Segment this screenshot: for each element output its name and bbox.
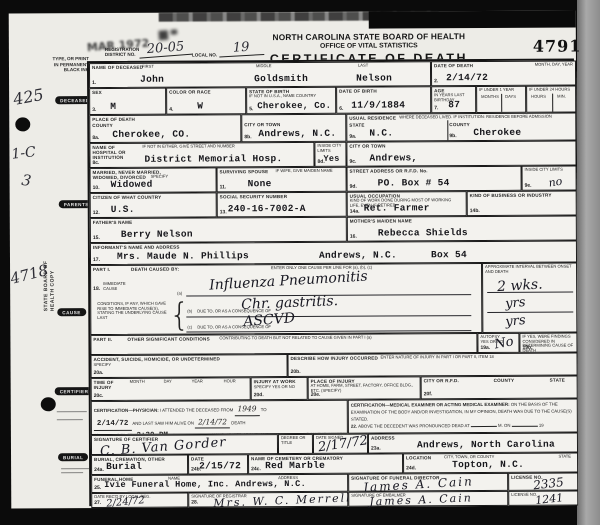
value-date-received: 2/24/72 — [106, 495, 145, 510]
field-number: 18. — [93, 286, 100, 292]
value-interval-b: yrs — [505, 295, 527, 312]
label-county: COUNTY — [449, 122, 470, 127]
field-number: 7. — [434, 105, 438, 111]
label: ADDRESS — [371, 435, 395, 440]
field-number: 20b. — [291, 369, 301, 375]
field-number: 20f. — [424, 391, 433, 397]
value-date-of-death: 2/14/72 — [446, 72, 488, 83]
value-sex: M — [110, 101, 116, 112]
value-marital-status: Widowed — [111, 179, 153, 190]
label: INSIDE CITY LIMITS — [317, 144, 345, 153]
label-certification-me: CERTIFICATION—MEDICAL EXAMINER OR ACTING… — [351, 402, 510, 408]
value-cemetery: Red Marble — [265, 460, 325, 471]
margin-rule — [57, 419, 83, 420]
field-cause-of-death: PART I. DEATH CAUSED BY: ENTER ONLY ONE … — [90, 263, 482, 335]
signature-embalmer: James A. Cain — [369, 491, 473, 508]
label-part2: PART II. — [93, 337, 112, 342]
sublabel-last: LAST — [358, 64, 368, 69]
text-to: TO — [261, 407, 267, 412]
text-19: 19 — [539, 423, 544, 428]
local-no-label: LOCAL NO. — [192, 52, 217, 57]
sublabel: SPECIFY YES OR NO — [254, 385, 295, 390]
field-number: 24d. — [406, 465, 416, 471]
field-ssn: SOCIAL SECURITY NUMBER 13. 240-16-7002-A — [217, 192, 347, 218]
field-signature-embalmer: SIGNATURE OF EMBALMER James A. Cain — [348, 491, 508, 507]
stamp-smudge: █▌▀ — [159, 30, 178, 40]
label: DATE OF BIRTH — [339, 89, 377, 94]
value-immediate-cause: Influenza Pneumonitis — [209, 268, 368, 293]
field-residence-city: CITY OR TOWN 9c. Andrews, — [346, 141, 576, 167]
label: TIME OF INJURY — [94, 380, 124, 390]
field-certification-medical-examiner: CERTIFICATION—MEDICAL EXAMINER OR ACTING… — [348, 399, 578, 434]
field-name-of-deceased: NAME OF DECEASED FIRST MIDDLE LAST 1. Jo… — [89, 61, 431, 88]
value-father: Berry Nelson — [121, 229, 193, 240]
sublabel-hours: HOURS — [531, 95, 546, 100]
reg-district-label: REGISTRATION DISTRICT NO. — [105, 47, 139, 57]
sublabel: IF NOT IN U.S.A., NAME COUNTRY — [249, 94, 333, 99]
margin-handwritten-425: 425 — [12, 85, 45, 109]
label-other-note: CONTRIBUTING TO DEATH BUT NOT RELATED TO… — [219, 336, 371, 341]
label: ACCIDENT, SUICIDE, HOMICIDE, OR UNDETERM… — [94, 356, 274, 362]
certificate-number: 4791 — [533, 36, 582, 55]
field-number: 6. — [339, 106, 343, 112]
field-cemetery: NAME OF CEMETERY OR CREMATORY 24c. Red M… — [248, 453, 403, 474]
value-inside-city-limits-residence: no — [548, 175, 563, 190]
field-number: 20a. — [94, 370, 104, 376]
sublabel-months: MONTHS — [481, 95, 499, 100]
section-sublabel: WHERE DECEASED LIVED. IF INSTITUTION: RE… — [399, 115, 552, 120]
label: NAME OF DECEASED — [92, 65, 136, 70]
value-informant-box: Box 54 — [431, 249, 467, 260]
field-sex: SEX 3. M — [89, 88, 166, 115]
value-citizen: U.S. — [111, 204, 135, 215]
field-signature-of-certifier: SIGNATURE OF CERTIFIER C. B. Van Gorder — [91, 434, 278, 455]
sublabel-county: COUNTY — [494, 378, 515, 383]
field-number: 8a. — [92, 135, 99, 141]
rule-line-c — [186, 330, 471, 332]
blank-line — [471, 422, 497, 427]
field-number: 14a. — [350, 209, 360, 215]
field-place-of-injury: PLACE OF INJURY AT HOME, FARM, STREET, F… — [308, 376, 421, 400]
value-date-of-birth: 11/9/1884 — [351, 99, 405, 110]
field-if-under-1-year: IF UNDER 1 YEAR MONTHS DAYS — [476, 86, 526, 113]
label-death-caused-by: DEATH CAUSED BY: — [131, 267, 179, 272]
field-age: AGE IN YEARS LAST BIRTHDAY 7. 87 — [431, 86, 476, 113]
label: COUNTY — [92, 123, 113, 128]
cell-divider — [447, 120, 448, 140]
margin-tab-cause: CAUSE — [57, 308, 86, 316]
field-occupation: USUAL OCCUPATION KIND OF WORK DONE DURIN… — [347, 191, 467, 217]
field-number: 27. — [94, 500, 101, 506]
margin-handwritten-3: 3 — [20, 171, 32, 190]
value-burial-date: 2/15/72 — [199, 460, 241, 471]
rule-line-b — [186, 315, 471, 317]
label: DATE OF DEATH — [434, 63, 473, 68]
sublabel-min: MIN. — [557, 95, 566, 100]
field-number: 17. — [93, 257, 100, 263]
board-name: NORTH CAROLINA STATE BOARD OF HEALTH — [254, 31, 484, 42]
field-accident-suicide: ACCIDENT, SUICIDE, HOMICIDE, OR UNDETERM… — [90, 354, 287, 378]
field-citizen: CITIZEN OF WHAT COUNTRY 12. U.S. — [90, 192, 217, 218]
label: IF UNDER 24 HOURS — [529, 88, 570, 93]
field-number: 10. — [93, 185, 100, 191]
field-certification-physician: CERTIFICATION—PHYSICIAN: I ATTENDED THE … — [91, 400, 348, 435]
value-attended-to: 2/14/72 — [94, 418, 132, 431]
label: DEGREE OR TITLE — [281, 436, 311, 445]
margin-tab-certifier: CERTIFIER — [55, 387, 94, 395]
field-hospital: NAME OF HOSPITAL OR INSTITUTION IF NOT I… — [89, 142, 314, 168]
field-usual-residence: USUAL RESIDENCE WHERE DECEASED LIVED. IF… — [346, 113, 576, 142]
field-signature-funeral-director: SIGNATURE OF FUNERAL DIRECTOR James A. C… — [348, 473, 508, 492]
field-street-address: STREET ADDRESS OR R.F.D. No. 9d. PO. Box… — [347, 166, 522, 192]
field-number: 23a. — [371, 446, 381, 452]
label: FATHER'S NAME — [93, 220, 133, 225]
sublabel: SPECIFY — [94, 363, 112, 368]
value-age: 87 — [448, 99, 460, 110]
label: INFORMANT'S NAME AND ADDRESS — [93, 245, 180, 251]
field-date-of-birth: DATE OF BIRTH 6. 11/9/1884 — [336, 86, 431, 113]
value-address: Andrews, North Carolina — [417, 439, 555, 451]
section-label: USUAL RESIDENCE — [349, 115, 396, 120]
field-autopsy: AUTOPSY YES OR NO 19a. No — [477, 333, 519, 353]
field-number: 9d. — [350, 184, 357, 190]
field-number: 15. — [93, 235, 100, 241]
value-license-embalmer: 1241 — [535, 491, 564, 507]
blank-line — [512, 422, 538, 427]
value-spouse: None — [248, 178, 272, 189]
label: CITIZEN OF WHAT COUNTRY — [93, 195, 162, 201]
sublabel-day: DAY — [164, 380, 172, 385]
field-father-name: FATHER'S NAME 15. Berry Nelson — [90, 217, 347, 243]
sublabel: MONTH, DAY, YEAR — [535, 63, 573, 68]
field-number: 9a. — [349, 134, 356, 140]
field-number: 9b. — [449, 133, 456, 139]
margin-rule — [57, 411, 87, 412]
field-number: 16. — [350, 234, 357, 240]
label: IF UNDER 1 YEAR — [479, 88, 514, 93]
sublabel-middle: MIDDLE — [256, 64, 271, 69]
label: CITY OR TOWN — [244, 122, 280, 127]
margin-tab-burial: BURIAL — [58, 453, 88, 461]
field-place-of-death-city: CITY OR TOWN 8b. Andrews, N.C. — [241, 114, 346, 143]
label: COLOR OR RACE — [169, 89, 211, 94]
sublabel: IF WIFE, GIVE MAIDEN NAME — [276, 169, 333, 174]
field-number: 24a. — [94, 467, 104, 473]
field-number: 12. — [93, 210, 100, 216]
field-describe-injury: DESCRIBE HOW INJURY OCCURRED ENTER NATUR… — [287, 353, 577, 378]
punch-hole — [41, 397, 56, 411]
field-number: 1. — [92, 80, 96, 86]
office-name: OFFICE OF VITAL STATISTICS — [254, 42, 484, 50]
value-informant-name: Mrs. Maude N. Phillips — [117, 250, 249, 262]
section-label: PLACE OF DEATH — [92, 117, 135, 122]
field-injury-at-work: INJURY AT WORK SPECIFY YES OR NO 20d. — [251, 377, 308, 400]
value-residence-state: N.C. — [369, 127, 393, 138]
field-industry: KIND OF BUSINESS OR INDUSTRY 14b. — [467, 191, 577, 217]
field-burial-date: DATE 24b. 2/15/72 — [188, 454, 248, 474]
value-last-saw: 2/14/72 — [195, 416, 230, 429]
margin-type-note: TYPE, OR PRINT IN PERMANENT BLACK INK — [49, 56, 89, 73]
value-inside-city-limits: Yes — [323, 154, 339, 164]
label-interval: APPROXIMATE INTERVAL BETWEEN ONSET AND D… — [485, 265, 573, 275]
text-attended-from: I ATTENDED THE DECEASED FROM — [160, 407, 233, 412]
label-line-b: (b) — [187, 310, 192, 315]
field-number: 19b. — [522, 345, 532, 351]
value-ssn: 240-16-7002-A — [228, 203, 306, 214]
label: INSIDE CITY LIMITS — [525, 168, 575, 173]
text-last-saw: AND LAST SAW HIM ALIVE ON — [132, 420, 194, 425]
label: LOCATION — [406, 455, 431, 460]
field-number: 4. — [169, 107, 173, 113]
value-death-city: Andrews, N.C. — [258, 128, 336, 139]
field-number: 20c. — [94, 393, 104, 399]
label: NAME OF HOSPITAL OR INSTITUTION — [92, 145, 140, 161]
value-mother: Rebecca Shields — [378, 227, 468, 238]
label: LICENSE NO. — [511, 493, 537, 498]
field-date-received: DATE REC'D BY LOCAL REG. 27. 2/24/72 — [91, 493, 188, 509]
field-number: 28. — [191, 500, 198, 506]
sublabel: AT HOME, FARM, STREET, FACTORY, OFFICE B… — [311, 383, 417, 393]
field-cemetery-location: LOCATION CITY, TOWN, OR COUNTY STATE 24d… — [403, 453, 578, 474]
sublabel: ENTER NATURE OF INJURY IN PART I OR PART… — [381, 355, 494, 360]
value-cause-c: ASCVD — [243, 310, 296, 330]
sublabel: IF NOT IN EITHER, GIVE STREET AND NUMBER — [142, 144, 234, 149]
sublabel-month: MONTH — [130, 380, 145, 385]
label-line-c: (c) — [187, 326, 192, 331]
label-certification-physician: CERTIFICATION—PHYSICIAN: — [94, 408, 159, 413]
sublabel-hour: HOUR — [224, 379, 236, 384]
label: MOTHER'S MAIDEN NAME — [350, 218, 412, 223]
field-surviving-spouse: SURVIVING SPOUSE IF WIFE, GIVE MAIDEN NA… — [217, 167, 347, 193]
sublabel-first: FIRST — [142, 65, 154, 70]
field-place-of-death-county: PLACE OF DEATH COUNTY 8a. Cherokee, CO. — [89, 114, 241, 143]
field-number: 24c. — [251, 466, 261, 472]
label-part1: PART I. — [93, 267, 110, 272]
value-burial-type: Burial — [106, 461, 142, 472]
field-informant: INFORMANT'S NAME AND ADDRESS 17. Mrs. Ma… — [90, 241, 577, 266]
certificate-paper: MAR 1972 █▌▀ TYPE, OR PRINT IN PERMANENT… — [9, 11, 579, 509]
cell-divider — [552, 94, 553, 112]
reg-district-value: 20-05 — [138, 39, 193, 59]
rule — [487, 312, 573, 313]
label-state: STATE — [349, 123, 364, 128]
label: KIND OF BUSINESS OR INDUSTRY — [470, 193, 552, 199]
field-color-or-race: COLOR OR RACE 4. W — [166, 87, 246, 114]
field-number: 25. — [94, 485, 101, 491]
text-m-on: M. ON — [498, 423, 510, 428]
margin-copy-note: STATE BOARD OF HEALTH COPY — [43, 249, 63, 311]
value-residence-city: Andrews, — [369, 152, 417, 163]
field-number: 11. — [220, 184, 227, 190]
value-race: W — [197, 100, 203, 111]
field-burial-type: BURIAL, CREMATION, OTHER 24a. Burial — [91, 455, 188, 476]
field-number: 8c. — [92, 160, 99, 166]
field-number: 20e. — [311, 392, 321, 398]
field-number: 5. — [249, 106, 253, 112]
punch-hole — [15, 117, 30, 131]
field-number: 9e. — [525, 183, 532, 189]
margin-form-number-smudge — [61, 468, 89, 469]
field-number: 22. — [351, 424, 357, 429]
field-number: 3. — [92, 107, 96, 113]
value-residence-county: Cherokee — [473, 127, 521, 138]
field-autopsy-findings: IF YES, WERE FINDINGS CONSIDERED IN DETE… — [519, 333, 577, 353]
value-state-of-birth: Cherokee, Co. — [257, 101, 331, 111]
field-part2-other-conditions: PART II. OTHER SIGNIFICANT CONDITIONS CO… — [90, 333, 477, 355]
certificate-form: NAME OF DECEASED FIRST MIDDLE LAST 1. Jo… — [87, 59, 576, 507]
text-pronounced-dead: ABOVE THE DECEDENT WAS PRONOUNCED DEAD A… — [358, 423, 470, 429]
value-informant-city: Andrews, N.C. — [319, 249, 397, 260]
field-marital-status: MARRIED, NEVER MARRIED, WIDOWED, DIVORCE… — [90, 167, 217, 193]
field-date-of-death: DATE OF DEATH MONTH, DAY, YEAR 2. 2/14/7… — [431, 61, 576, 87]
field-injury-city-county-state: CITY OR R.F.D. COUNTY STATE 20f. — [421, 376, 578, 400]
value-hospital: District Memorial Hosp. — [144, 153, 282, 165]
field-number: 8b. — [244, 134, 251, 140]
sublabel-year: YEAR — [192, 379, 203, 384]
field-state-of-birth: STATE OF BIRTH IF NOT IN U.S.A., NAME CO… — [246, 87, 336, 114]
cell-divider — [501, 94, 502, 112]
value-funeral-home: Ivie Funeral Home, Inc. Andrews, N.C. — [104, 479, 306, 490]
field-number: 9c. — [349, 159, 356, 165]
value-occupation: Ret. Farmer — [364, 202, 430, 213]
field-time-of-injury: TIME OF INJURY MONTH DAY YEAR HOUR 20c. — [91, 377, 251, 401]
sublabel-city: CITY OR R.F.D. — [424, 378, 459, 383]
label-conditions: CONDITIONS, IF ANY, WHICH GAVE RISE TO I… — [97, 302, 171, 321]
margin-handwritten-1c: 1-C — [11, 144, 37, 163]
label: CITY OR TOWN — [349, 144, 385, 149]
label: SURVIVING SPOUSE — [220, 169, 269, 174]
top-right-redaction — [369, 11, 576, 29]
field-number: 19a. — [480, 345, 490, 351]
scanned-death-certificate: MAR 1972 █▌▀ TYPE, OR PRINT IN PERMANENT… — [0, 0, 600, 525]
value-last-name: Nelson — [356, 72, 392, 83]
value-middle-name: Goldsmith — [254, 73, 308, 84]
field-degree-or-title: DEGREE OR TITLE — [278, 434, 313, 454]
field-mother-name: MOTHER'S MAIDEN NAME 16. Rebecca Shields — [347, 216, 577, 242]
field-interval-column: APPROXIMATE INTERVAL BETWEEN ONSET AND D… — [482, 263, 577, 333]
field-inside-city-limits-residence: INSIDE CITY LIMITS 9e. no — [522, 166, 577, 191]
field-signature-registrar: SIGNATURE OF REGISTRAR 28. Mrs. W. C. Me… — [188, 492, 348, 508]
field-funeral-home: FUNERAL HOME NAME ADDRESS 25. Ivie Funer… — [91, 474, 348, 493]
label: DESCRIBE HOW INJURY OCCURRED — [291, 356, 379, 362]
scanner-edge-strip — [577, 0, 600, 525]
label: STREET ADDRESS OR R.F.D. No. — [350, 168, 428, 174]
value-death-county: Cherokee, CO. — [112, 129, 190, 140]
value-attended-from: 1949 — [234, 403, 259, 416]
field-address: ADDRESS 23a. Andrews, North Carolina — [368, 433, 578, 454]
value-autopsy: No — [493, 334, 515, 352]
text-death: DEATH — [231, 420, 245, 425]
field-number: 20d. — [254, 392, 264, 398]
sublabel-state: STATE — [558, 455, 571, 460]
margin-form-number-smudge — [61, 472, 83, 473]
value-first-name: John — [140, 74, 164, 85]
sublabel-state: STATE — [550, 378, 565, 383]
label: SEX — [92, 90, 102, 95]
field-license-no-director: LICENSE NO. 2335 — [508, 473, 578, 491]
value-interval-c: yrs — [505, 313, 527, 330]
label: SOCIAL SECURITY NUMBER — [220, 194, 288, 199]
value-street-address: PO. Box # 54 — [378, 177, 450, 188]
value-cemetery-location: Topton, N.C. — [452, 459, 524, 470]
field-inside-city-limits-death: INSIDE CITY LIMITS 8d. Yes — [314, 142, 346, 167]
field-if-under-24-hours: IF UNDER 24 HOURS HOURS MIN. — [526, 86, 576, 113]
field-number: 14b. — [470, 208, 480, 214]
field-number: 13. — [220, 209, 227, 215]
field-license-no-embalmer: LICENSE NO. 1241 — [508, 491, 578, 506]
label-immediate-cause: IMMEDIATE CAUSE — [103, 282, 139, 291]
sublabel: SPECIFY — [151, 175, 169, 180]
field-number: 2. — [434, 78, 438, 84]
label-other-conditions: OTHER SIGNIFICANT CONDITIONS — [127, 336, 209, 342]
sublabel-days: DAYS — [505, 95, 516, 100]
field-date-signed: DATE SIGNED 2/17/72 — [313, 434, 368, 454]
